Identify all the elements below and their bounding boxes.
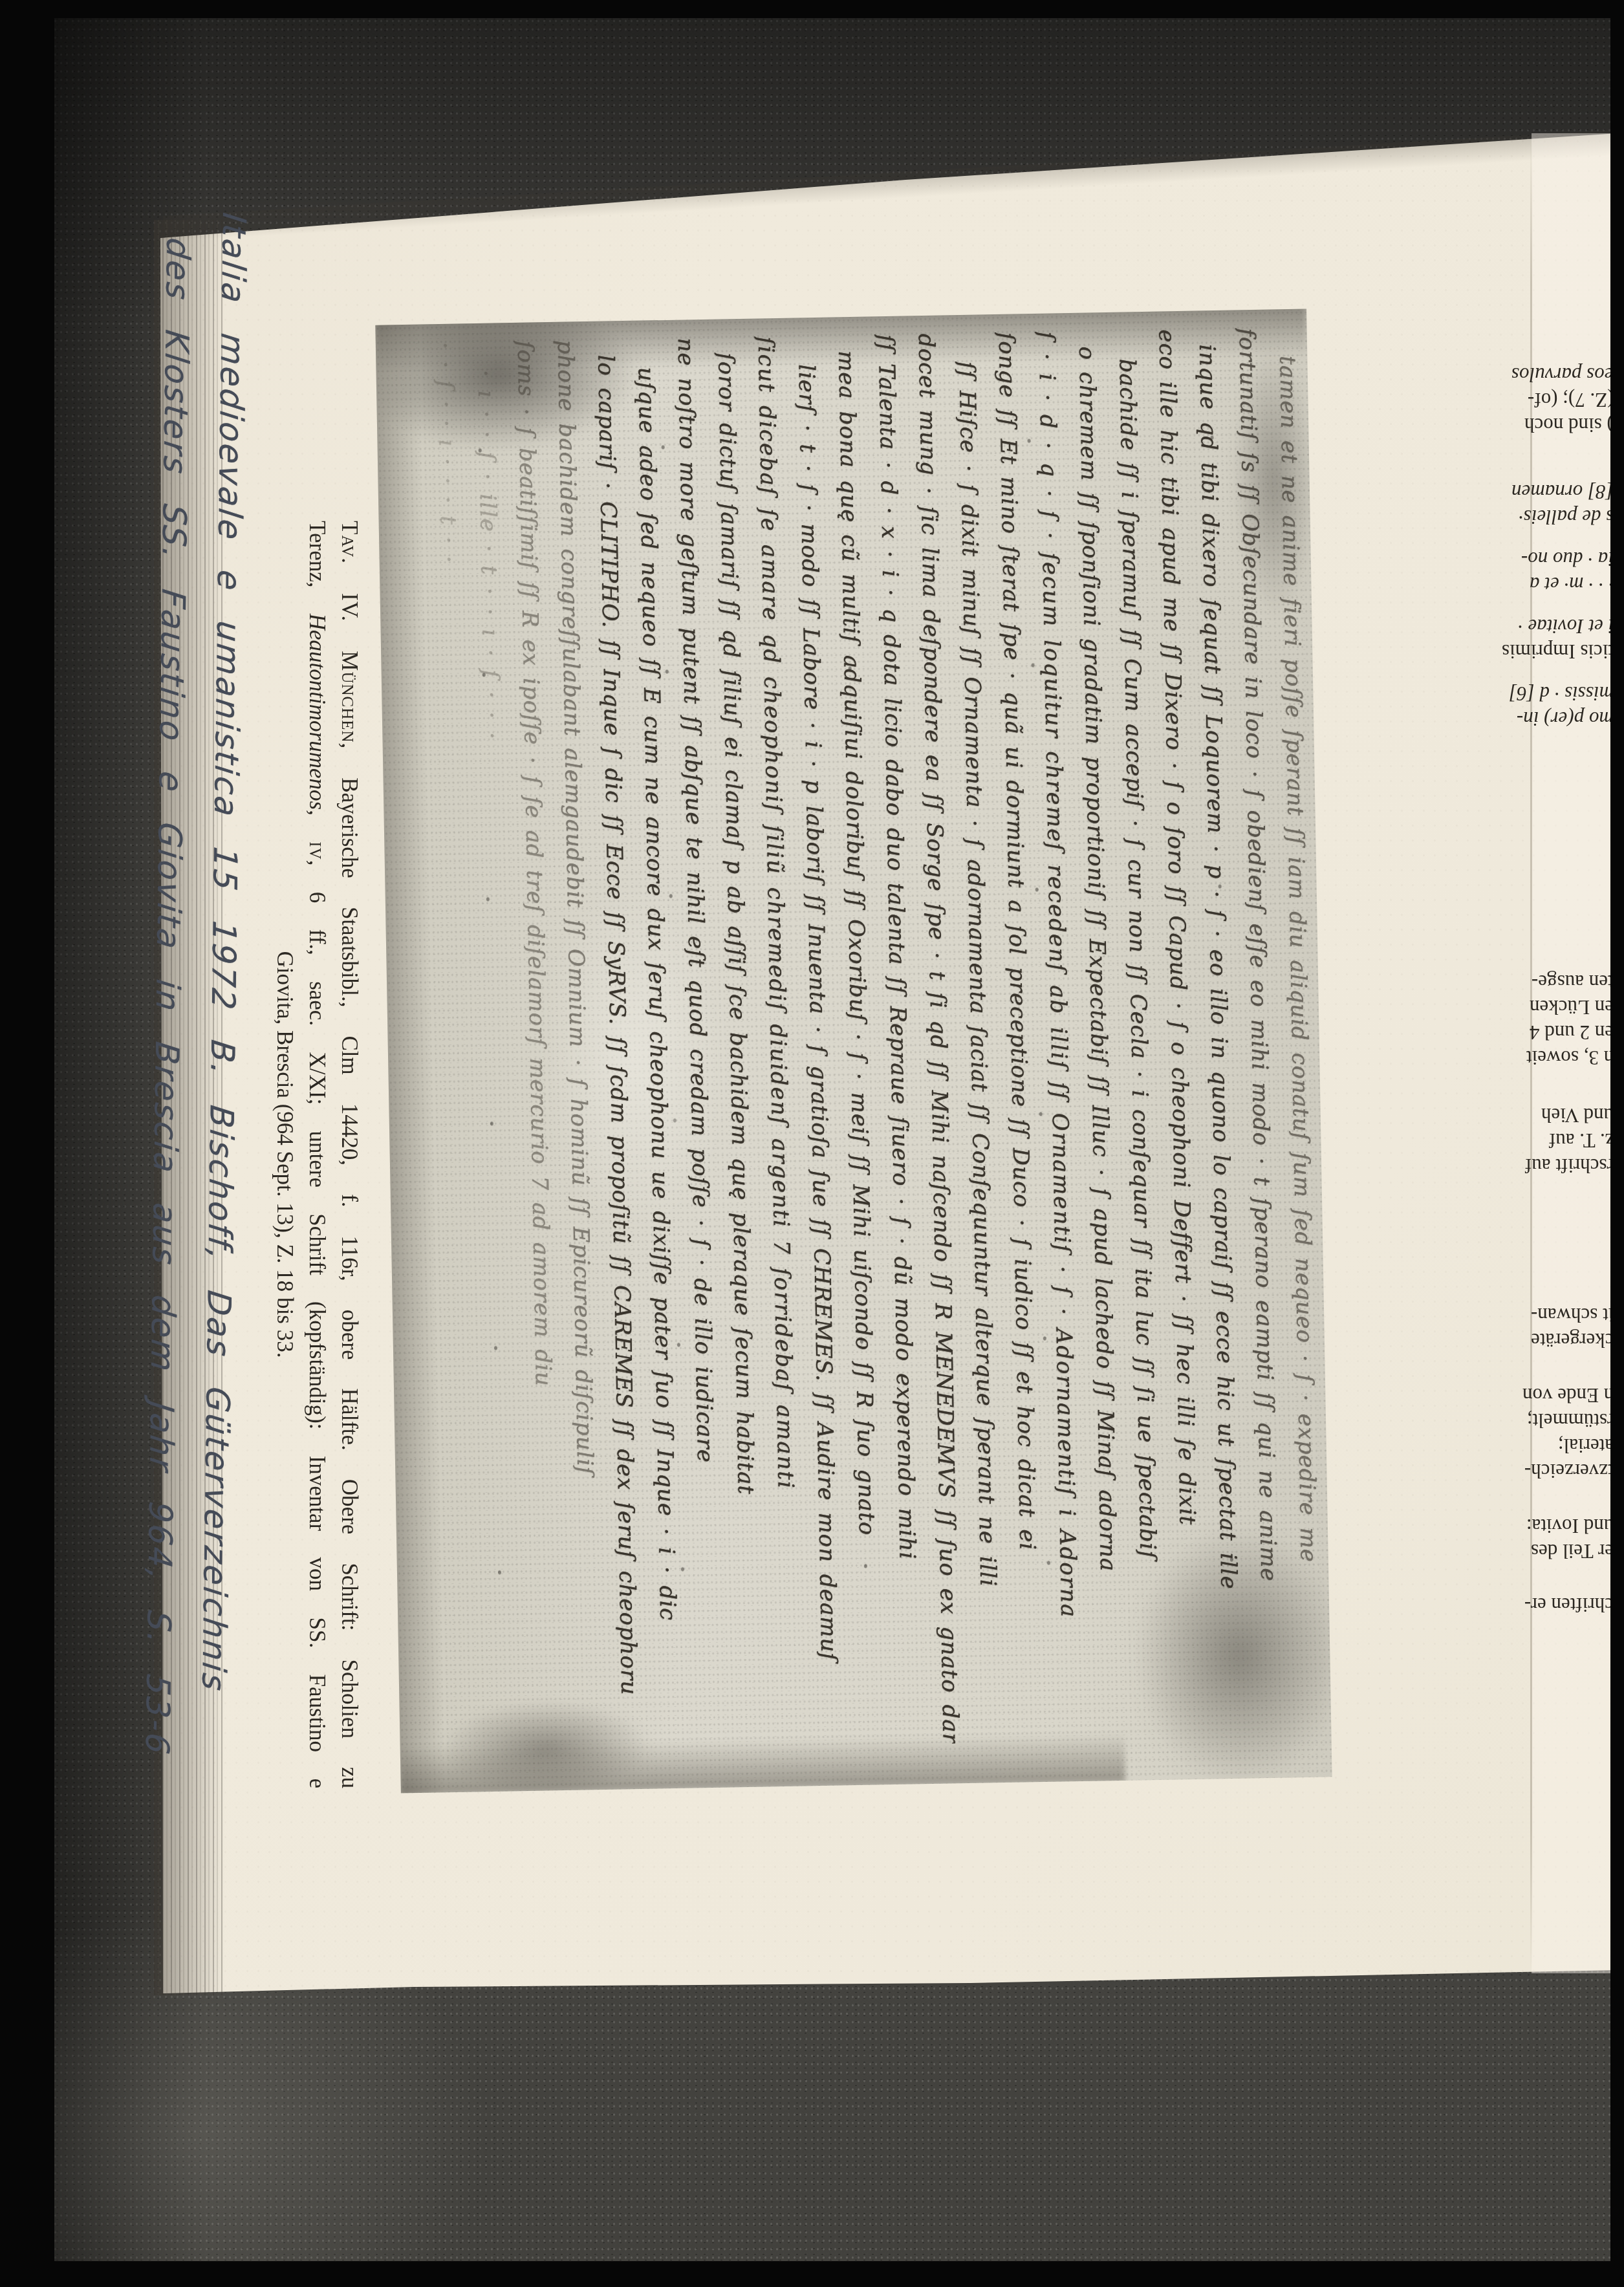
text-fragment: [8] ornamen xyxy=(1511,479,1614,504)
text-fragment: er Teil des xyxy=(1531,1539,1614,1564)
text-fragment: z. T. auf xyxy=(1549,1128,1614,1153)
text-fragment: n 3, soweit xyxy=(1526,1045,1614,1070)
text-fragment: tzverzeich- xyxy=(1524,1458,1614,1484)
text-fragment: ) sind noch xyxy=(1524,413,1614,438)
text-fragment: en Lücken xyxy=(1530,995,1614,1020)
text-fragment-group: und Viehz. T. aufrschrift auf xyxy=(1452,1103,1614,1178)
text-fragment: eos parvulos xyxy=(1511,362,1614,387)
text-fragment: ia · duo no- xyxy=(1521,547,1614,572)
text-fragment: ticis Imprimis xyxy=(1502,639,1614,664)
text-fragment: · · · m· et a xyxy=(1530,572,1614,597)
text-fragment: it schwan- xyxy=(1531,1303,1614,1328)
caption-line-1: Tav. IV. München, Bayerische Staatsbibl.… xyxy=(333,521,365,1788)
text-fragment: s de palleis· xyxy=(1519,504,1614,530)
caption-work-title: Heautontimorumenos xyxy=(305,614,330,810)
caption-plate-number: Tav. IV. München, xyxy=(337,521,362,749)
text-fragment: mo p(er) in- xyxy=(1517,706,1614,732)
text-fragment: ten ausge- xyxy=(1532,970,1614,995)
text-fragment-group: missis · d [6]mo p(er) in- xyxy=(1452,681,1614,732)
caption-line-3: Giovita, Brescia (964 Sept. 13), Z. 18 b… xyxy=(268,521,301,1788)
scanner-frame-right xyxy=(1610,0,1624,2287)
text-fragment-group: ia · duo no-· · · m· et a xyxy=(1452,547,1614,597)
text-fragment-group: und Iovita:er Teil des xyxy=(1452,1513,1614,1564)
manuscript-plate: tamen et ne anime fieri poſſe ſperant ſſ… xyxy=(375,309,1332,1794)
text-fragment-group: i et Iovitae ·ticis Imprimis xyxy=(1452,614,1614,664)
text-fragment: und Vieh xyxy=(1541,1103,1614,1128)
caption-line-2: Terenz, Heautontimorumenos, iv, 6 ff., s… xyxy=(301,521,333,1788)
text-fragment-group: ten ausge-en Lückenen 2 und 4n 3, soweit xyxy=(1452,970,1614,1070)
text-fragment: i et Iovitae · xyxy=(1518,614,1614,639)
text-fragment: chriften er- xyxy=(1524,1592,1614,1618)
scanned-book-page: { "scan": { "background_hex": "#454440",… xyxy=(0,0,1624,2287)
text-fragment: en 2 und 4 xyxy=(1530,1020,1614,1045)
text-fragment-group: n Ende vonrstümmelt;aterial;tzverzeich- xyxy=(1452,1383,1614,1484)
caption-line-2-mid: , xyxy=(305,810,330,841)
plate-caption: Tav. IV. München, Bayerische Staatsbibl.… xyxy=(267,521,365,1788)
scanner-frame-top xyxy=(0,0,1624,18)
text-fragment: und Iovita: xyxy=(1526,1513,1614,1539)
text-fragment-group: eos parvulos(Z. 7); (of-) sind noch xyxy=(1452,362,1614,438)
text-fragment: (Z. 7); (of- xyxy=(1528,387,1614,413)
scanner-frame-bottom xyxy=(0,2261,1624,2287)
plate-stain xyxy=(1134,1524,1332,1787)
text-fragment-group: it schwan-ckergeräte xyxy=(1452,1303,1614,1353)
text-fragment: aterial; xyxy=(1558,1433,1614,1458)
scanner-frame-left xyxy=(0,0,54,2287)
text-fragment: n Ende von xyxy=(1522,1383,1614,1408)
caption-line-2-pre: Terenz, xyxy=(305,521,330,614)
text-fragment-group: [8] ornamens de palleis· xyxy=(1452,479,1614,530)
text-fragment: rschrift auf xyxy=(1525,1153,1614,1178)
text-fragment-group: chriften er- xyxy=(1452,1592,1614,1618)
caption-act-numeral: iv xyxy=(305,841,330,860)
caption-line-1-text: Bayerische Staatsbibl., Clm 14420, f. 11… xyxy=(337,749,362,1788)
text-fragment: rstümmelt; xyxy=(1527,1408,1614,1433)
caption-line-2-rest: , 6 ff., saec. X/XI; untere Schrift (kop… xyxy=(305,860,330,1788)
plate-stain xyxy=(1229,341,1318,620)
facing-page-text: eos parvulos(Z. 7); (of-) sind noch[8] o… xyxy=(1452,362,1614,1618)
text-fragment: ckergeräte xyxy=(1531,1328,1614,1353)
text-fragment: missis · d [6] xyxy=(1509,681,1614,706)
